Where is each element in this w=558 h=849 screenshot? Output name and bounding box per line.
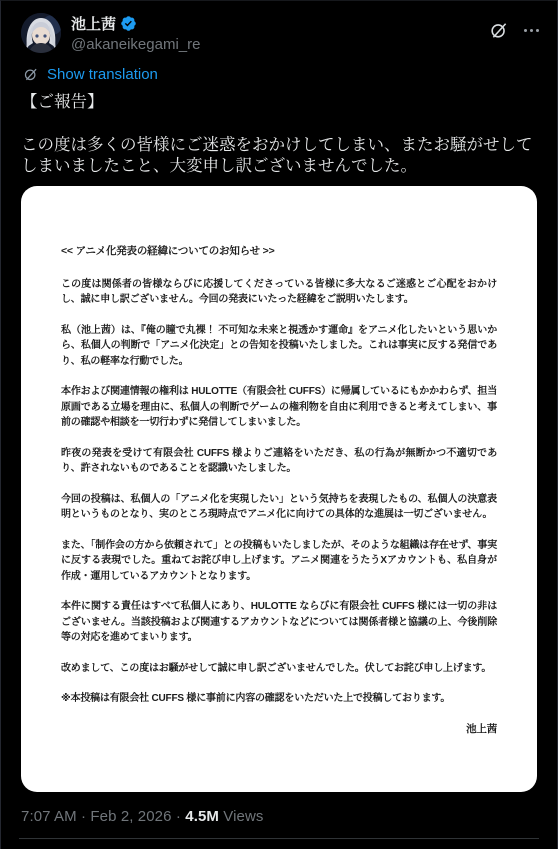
tweet-image[interactable]: << アニメ化発表の経緯についてのお知らせ >> この度は関係者の皆様ならびに応… xyxy=(21,186,537,792)
letter-signature: 池上茜 xyxy=(61,722,497,738)
author-name[interactable]: 池上茜 xyxy=(71,13,116,34)
meta-separator: · xyxy=(81,808,86,825)
timestamp-date: Feb 2, 2026 xyxy=(90,808,171,825)
letter-paragraph: また、「制作会の方から依頼されて」との投稿もいたしましたが、そのような組織は存在… xyxy=(61,538,497,585)
meta-separator: · xyxy=(176,808,181,825)
translate-icon xyxy=(23,67,38,82)
tweet-text-paragraph: この度は多くの皆様にご迷惑をおかけしてしまい、またお騒がせしてしまいましたこと、… xyxy=(21,135,537,177)
letter-paragraph: ※本投稿は有限会社 CUFFS 様に事前に内容の確認をいただいた上で投稿しており… xyxy=(61,691,497,707)
tweet-text-paragraph: 【ご報告】 xyxy=(21,92,537,113)
letter-paragraph: 本件に関する責任はすべて私個人にあり、HULOTTE ならびに有限会社 CUFF… xyxy=(61,599,497,646)
apology-letter: << アニメ化発表の経緯についてのお知らせ >> この度は関係者の皆様ならびに応… xyxy=(61,244,497,737)
letter-paragraph: 本作および関連情報の権利は HULOTTE（有限会社 CUFFS）に帰属している… xyxy=(61,384,497,431)
author-block: 池上茜 @akaneikegami_re xyxy=(71,13,200,53)
tweet-meta: 7:07 AM · Feb 2, 2026 · 4.5M Views xyxy=(1,792,557,825)
timestamp-time: 7:07 AM xyxy=(21,808,77,825)
show-translation-button[interactable]: Show translation xyxy=(23,66,158,83)
letter-paragraph: 改めまして、この度はお騒がせして誠に申し訳ございませんでした。伏してお詫び申し上… xyxy=(61,661,497,677)
verified-badge-icon xyxy=(120,15,137,32)
views-count: 4.5M xyxy=(185,808,219,825)
tweet-header: 池上茜 @akaneikegami_re xyxy=(1,1,557,53)
show-translation-label: Show translation xyxy=(47,66,158,83)
tweet-text: 【ご報告】この度は多くの皆様にご迷惑をおかけしてしまい、またお騒がせしてしまいま… xyxy=(1,83,557,177)
avatar[interactable] xyxy=(21,13,61,53)
letter-body: この度は関係者の皆様ならびに応援してくださっている皆様に多大なるご迷惑とご心配を… xyxy=(61,277,497,707)
header-actions xyxy=(489,21,540,40)
letter-title: << アニメ化発表の経緯についてのお知らせ >> xyxy=(61,244,497,260)
grok-icon[interactable] xyxy=(489,21,508,40)
views-label: Views xyxy=(223,808,263,825)
letter-paragraph: この度は関係者の皆様ならびに応援してくださっている皆様に多大なるご迷惑とご心配を… xyxy=(61,277,497,308)
letter-paragraph: 昨夜の発表を受けて有限会社 CUFFS 様よりご連絡をいただき、私の行為が無断か… xyxy=(61,446,497,477)
more-icon[interactable] xyxy=(524,29,540,33)
author-handle[interactable]: @akaneikegami_re xyxy=(71,36,200,53)
letter-paragraph: 私（池上茜）は、『俺の瞳で丸裸！ 不可知な未来と視透かす運命』をアニメ化したいと… xyxy=(61,323,497,370)
letter-paragraph: 今回の投稿は、私個人の「アニメ化を実現したい」という気持ちを表現したもの、私個人… xyxy=(61,492,497,523)
divider xyxy=(19,838,539,839)
tweet-card: 池上茜 @akaneikegami_re xyxy=(0,0,558,849)
avatar-image xyxy=(21,13,61,53)
